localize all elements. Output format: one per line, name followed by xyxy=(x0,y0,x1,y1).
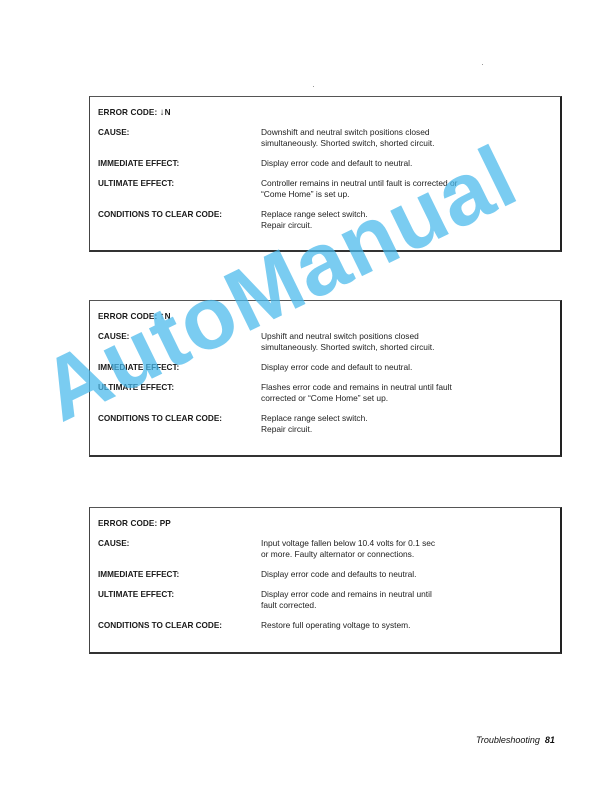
text-line: simultaneously. Shorted switch, shorted … xyxy=(261,342,434,353)
ultimate-effect-row: ULTIMATE EFFECT: Flashes error code and … xyxy=(98,382,552,404)
clear-conditions-label: CONDITIONS TO CLEAR CODE: xyxy=(98,620,261,631)
error-code-title: ERROR CODE: PP xyxy=(98,518,552,529)
immediate-effect-label: IMMEDIATE EFFECT: xyxy=(98,158,261,169)
text-line: Replace range select switch. xyxy=(261,413,368,424)
text-line: Restore full operating voltage to system… xyxy=(261,620,410,631)
text-line: Display error code and default to neutra… xyxy=(261,362,412,373)
ultimate-effect-value: Controller remains in neutral until faul… xyxy=(261,178,457,200)
error-code-title: ERROR CODE: ↑N xyxy=(98,311,552,322)
immediate-effect-row: IMMEDIATE EFFECT: Display error code and… xyxy=(98,362,552,373)
clear-conditions-label: CONDITIONS TO CLEAR CODE: xyxy=(98,209,261,220)
text-line: “Come Home” is set up. xyxy=(261,189,457,200)
text-line: fault corrected. xyxy=(261,600,432,611)
ultimate-effect-value: Flashes error code and remains in neutra… xyxy=(261,382,452,404)
immediate-effect-value: Display error code and default to neutra… xyxy=(261,362,412,373)
text-line: Upshift and neutral switch positions clo… xyxy=(261,331,434,342)
text-line: or more. Faulty alternator or connection… xyxy=(261,549,435,560)
clear-conditions-row: CONDITIONS TO CLEAR CODE: Restore full o… xyxy=(98,620,552,631)
immediate-effect-row: IMMEDIATE EFFECT: Display error code and… xyxy=(98,569,552,580)
text-line: corrected or “Come Home” set up. xyxy=(261,393,452,404)
text-line: Repair circuit. xyxy=(261,424,368,435)
section-name: Troubleshooting xyxy=(476,735,540,745)
cause-value: Downshift and neutral switch positions c… xyxy=(261,127,434,149)
ultimate-effect-label: ULTIMATE EFFECT: xyxy=(98,178,261,189)
text-line: Display error code and default to neutra… xyxy=(261,158,412,169)
cause-value: Upshift and neutral switch positions clo… xyxy=(261,331,434,353)
clear-conditions-label: CONDITIONS TO CLEAR CODE: xyxy=(98,413,261,424)
ultimate-effect-row: ULTIMATE EFFECT: Controller remains in n… xyxy=(98,178,552,200)
text-line: Flashes error code and remains in neutra… xyxy=(261,382,452,393)
immediate-effect-label: IMMEDIATE EFFECT: xyxy=(98,362,261,373)
immediate-effect-value: Display error code and default to neutra… xyxy=(261,158,412,169)
immediate-effect-label: IMMEDIATE EFFECT: xyxy=(98,569,261,580)
text-line: Controller remains in neutral until faul… xyxy=(261,178,457,189)
cause-value: Input voltage fallen below 10.4 volts fo… xyxy=(261,538,435,560)
clear-conditions-value: Replace range select switch. Repair circ… xyxy=(261,209,368,231)
error-code-label: ERROR CODE: xyxy=(98,519,160,528)
error-code-value: N xyxy=(165,108,171,117)
cause-label: CAUSE: xyxy=(98,331,261,342)
error-code-box-down-n: ERROR CODE: ↓N CAUSE: Downshift and neut… xyxy=(89,96,562,252)
text-line: Repair circuit. xyxy=(261,220,368,231)
error-code-box-pp: ERROR CODE: PP CAUSE: Input voltage fall… xyxy=(89,507,562,654)
immediate-effect-value: Display error code and defaults to neutr… xyxy=(261,569,417,580)
ultimate-effect-value: Display error code and remains in neutra… xyxy=(261,589,432,611)
page-number: 81 xyxy=(545,735,555,745)
clear-conditions-row: CONDITIONS TO CLEAR CODE: Replace range … xyxy=(98,413,552,435)
error-code-value: PP xyxy=(160,519,171,528)
text-line: Input voltage fallen below 10.4 volts fo… xyxy=(261,538,435,549)
immediate-effect-row: IMMEDIATE EFFECT: Display error code and… xyxy=(98,158,552,169)
scan-speck xyxy=(313,86,314,87)
ultimate-effect-row: ULTIMATE EFFECT: Display error code and … xyxy=(98,589,552,611)
cause-row: CAUSE: Downshift and neutral switch posi… xyxy=(98,127,552,149)
text-line: Replace range select switch. xyxy=(261,209,368,220)
scan-speck xyxy=(482,64,483,65)
manual-page: ERROR CODE: ↓N CAUSE: Downshift and neut… xyxy=(0,0,612,792)
error-code-box-up-n: ERROR CODE: ↑N CAUSE: Upshift and neutra… xyxy=(89,300,562,457)
cause-label: CAUSE: xyxy=(98,538,261,549)
clear-conditions-value: Replace range select switch. Repair circ… xyxy=(261,413,368,435)
page-footer: Troubleshooting81 xyxy=(476,735,555,745)
clear-conditions-row: CONDITIONS TO CLEAR CODE: Replace range … xyxy=(98,209,552,231)
text-line: simultaneously. Shorted switch, shorted … xyxy=(261,138,434,149)
error-code-label: ERROR CODE: xyxy=(98,312,160,321)
error-code-value: N xyxy=(165,312,171,321)
cause-row: CAUSE: Input voltage fallen below 10.4 v… xyxy=(98,538,552,560)
text-line: Downshift and neutral switch positions c… xyxy=(261,127,434,138)
error-code-title: ERROR CODE: ↓N xyxy=(98,107,552,118)
cause-row: CAUSE: Upshift and neutral switch positi… xyxy=(98,331,552,353)
ultimate-effect-label: ULTIMATE EFFECT: xyxy=(98,382,261,393)
text-line: Display error code and defaults to neutr… xyxy=(261,569,417,580)
ultimate-effect-label: ULTIMATE EFFECT: xyxy=(98,589,261,600)
error-code-label: ERROR CODE: xyxy=(98,108,160,117)
clear-conditions-value: Restore full operating voltage to system… xyxy=(261,620,410,631)
cause-label: CAUSE: xyxy=(98,127,261,138)
text-line: Display error code and remains in neutra… xyxy=(261,589,432,600)
